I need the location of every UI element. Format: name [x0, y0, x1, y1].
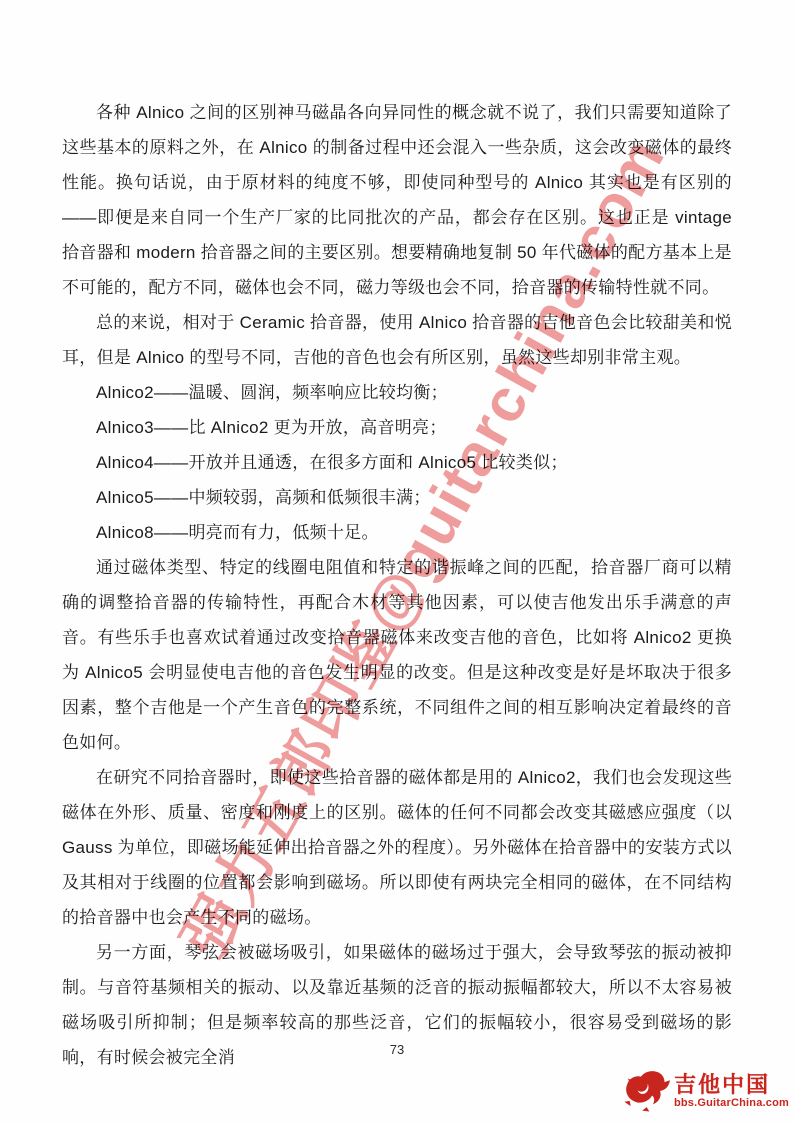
site-name: 吉他中国	[674, 1073, 770, 1097]
list-item-alnico8: Alnico8——明亮而有力，低频十足。	[62, 515, 732, 550]
site-logo: 吉他中国 bbs.GuitarChina.com	[615, 1066, 789, 1116]
paragraph-alnico-differences: 各种 Alnico 之间的区别神马磁晶各向异同性的概念就不说了，我们只需要知道除…	[62, 95, 732, 305]
content-area: 各种 Alnico 之间的区别神马磁晶各向异同性的概念就不说了，我们只需要知道除…	[62, 95, 732, 1075]
list-item-alnico3: Alnico3——比 Alnico2 更为开放，高音明亮；	[62, 410, 732, 445]
paragraph-alnico-vs-ceramic: 总的来说，相对于 Ceramic 拾音器，使用 Alnico 拾音器的吉他音色会…	[62, 305, 732, 375]
paragraph-pickup-tuning: 通过磁体类型、特定的线圈电阻值和特定的谐振峰之间的匹配，拾音器厂商可以精确的调整…	[62, 550, 732, 760]
list-item-alnico5: Alnico5——中频较弱，高频和低频很丰满；	[62, 480, 732, 515]
page-number: 73	[0, 1042, 794, 1057]
site-url: bbs.GuitarChina.com	[674, 1097, 789, 1110]
document-page: 各种 Alnico 之间的区别神马磁晶各向异同性的概念就不说了，我们只需要知道除…	[0, 0, 794, 1123]
list-item-alnico2: Alnico2——温暖、圆润，频率响应比较均衡；	[62, 375, 732, 410]
paragraph-magnet-variation: 在研究不同拾音器时，即使这些拾音器的磁体都是用的 Alnico2，我们也会发现这…	[62, 760, 732, 935]
list-item-alnico4: Alnico4——开放并且通透，在很多方面和 Alnico5 比较类似；	[62, 445, 732, 480]
dragon-icon	[615, 1066, 673, 1116]
